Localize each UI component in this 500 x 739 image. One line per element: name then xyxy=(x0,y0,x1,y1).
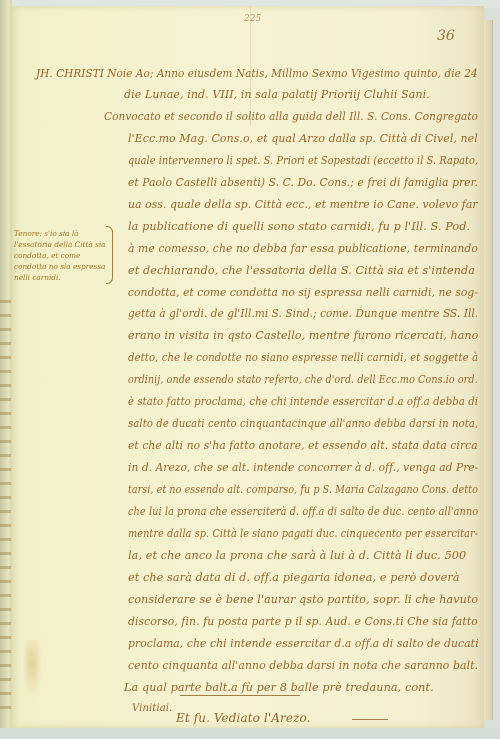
body-line: salto de ducati cento cinquantacinque al… xyxy=(128,418,478,429)
body-line: tarsi, et no essendo alt. comparso, fu p… xyxy=(128,484,478,495)
body-line: condotta, et come condotta no sij espres… xyxy=(128,287,478,298)
body-line: in d. Arezo, che se alt. intende concorr… xyxy=(128,462,478,473)
body-line: getta à gl'ordi. de gl'Ill.mi S. Sind.; … xyxy=(128,308,478,319)
folio-number: 36 xyxy=(437,28,455,44)
body-line: ordinij, onde essendo stato referto, che… xyxy=(128,374,478,385)
margin-note: Tenore: s'io sia là l'essatoria della Ci… xyxy=(14,228,114,283)
body-line: proclama, che chi intende essercitar d.a… xyxy=(128,638,479,649)
page-stack-edge xyxy=(484,20,493,720)
facing-page-edge xyxy=(0,0,12,739)
page-fold xyxy=(250,6,251,126)
heading-line: JH. CHRISTI Noie Ao; Anno eiusdem Natis,… xyxy=(36,68,478,79)
body-line: l'Ecc.mo Mag. Cons.o, et qual Arzo dalla… xyxy=(128,133,478,144)
body-line: Vinitiai. xyxy=(132,704,172,714)
body-line: la, et che anco la prona che sarà à lui … xyxy=(128,550,466,561)
top-mark: 225 xyxy=(244,14,261,24)
closing-rule xyxy=(352,719,388,720)
water-stain xyxy=(22,640,42,700)
body-line: mentre dalla sp. Città le siano pagati d… xyxy=(128,528,478,539)
body-line: Convocato et secondo il solito alla guid… xyxy=(104,111,478,122)
body-line: la publicatione di quelli sono stato car… xyxy=(128,221,470,232)
facing-page-ink xyxy=(0,300,11,720)
closing-line: Et fu. Vediato l'Arezo. xyxy=(176,712,311,724)
body-line: et che alti no s'ha fatto anotare, et es… xyxy=(128,440,478,451)
body-line: à me comesso, che no debba far essa publ… xyxy=(128,243,478,254)
body-line: et Paolo Castelli absenti) S. C. Do. Con… xyxy=(128,177,478,188)
background-bottom xyxy=(0,728,500,739)
body-line: erano in visita in qsto Castello, mentre… xyxy=(128,330,478,341)
body-line: considerare se è bene l'aurar qsto parti… xyxy=(128,594,478,605)
margin-bracket xyxy=(106,226,113,284)
body-line: è stato fatto proclama, che chi intende … xyxy=(128,396,478,407)
heading-line: die Lunae, ind. VIII, in sala palatij Pr… xyxy=(124,89,430,100)
body-line: et dechiarando, che l'essatoria della S.… xyxy=(128,265,475,276)
body-line: et che sarà data di d. off.a piegaria id… xyxy=(128,572,460,583)
body-line: La qual parte balt.a fù per 8 balle prè … xyxy=(124,682,434,693)
rule-line xyxy=(180,695,300,696)
body-line: discorso, fin. fu posta parte p il sp. A… xyxy=(128,616,478,627)
body-line: ua oss. quale della sp. Città ecc., et m… xyxy=(128,199,478,210)
body-line: cento cinquanta all'anno debba darsi in … xyxy=(128,660,478,671)
body-line: quale intervennero li spet. S. Priori et… xyxy=(128,155,478,166)
body-line: detto, che le condotte no siano espresse… xyxy=(128,352,478,363)
body-line: che lui la prona che esserciterà d. off.… xyxy=(128,506,478,517)
